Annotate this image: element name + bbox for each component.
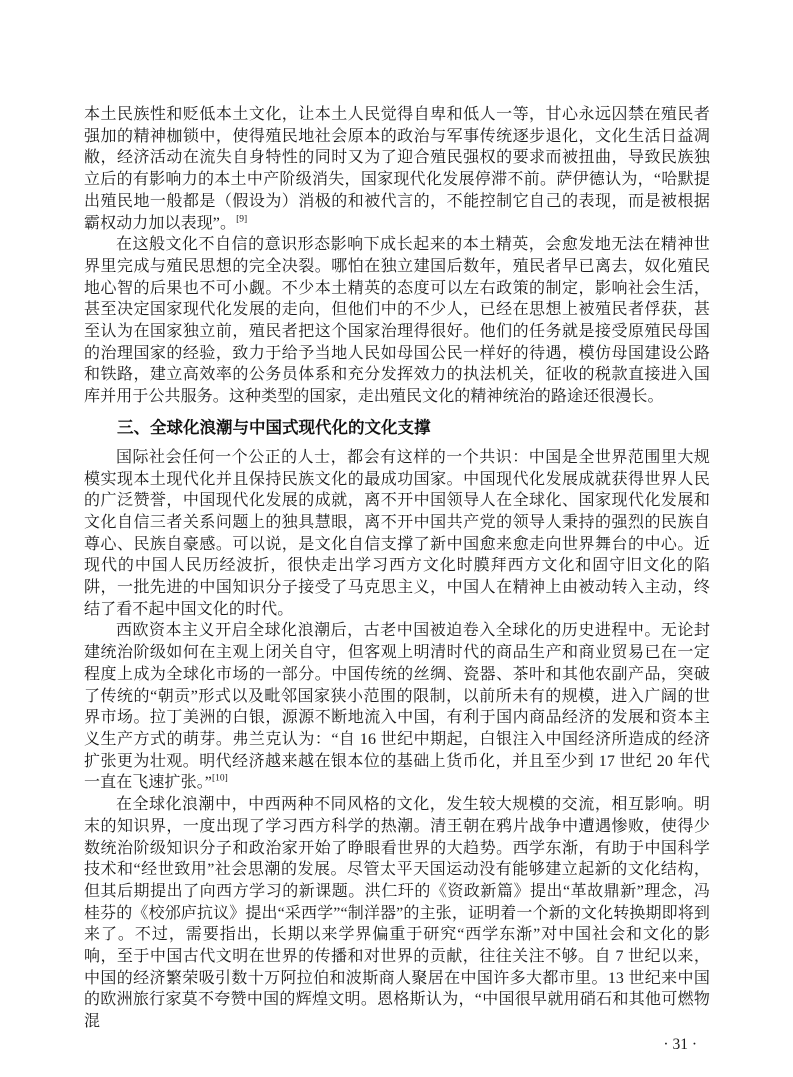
paragraph-text: 西欧资本主义开启全球化浪潮后，古老中国被迫卷入全球化的历史进程中。无论封建统治阶… xyxy=(84,622,710,791)
paragraph-text: 国际社会任何一个公正的人士，都会有这样的一个共识：中国是全世界范围里大规模实现本… xyxy=(84,449,710,618)
body-paragraph: 西欧资本主义开启全球化浪潮后，古老中国被迫卷入全球化的历史进程中。无论封建统治阶… xyxy=(84,620,710,794)
document-page: 本土民族性和贬低本土文化，让本土人民觉得自卑和低人一等，甘心永远囚禁在殖民者强加… xyxy=(0,0,793,1077)
paragraph-text: 本土民族性和贬低本土文化，让本土人民觉得自卑和低人一等，甘心永远囚禁在殖民者强加… xyxy=(84,106,710,232)
body-paragraph: 在全球化浪潮中，中西两种不同风格的文化，发生较大规模的交流，相互影响。明末的知识… xyxy=(84,794,710,1033)
body-paragraph: 在这般文化不自信的意识形态影响下成长起来的本土精英，会愈发地无法在精神世界里完成… xyxy=(84,234,710,408)
section-heading: 三、全球化浪潮与中国式现代化的文化支撑 xyxy=(84,417,710,439)
body-paragraph: 国际社会任何一个公正的人士，都会有这样的一个共识：中国是全世界范围里大规模实现本… xyxy=(84,447,710,621)
body-paragraph: 本土民族性和贬低本土文化，让本土人民觉得自卑和低人一等，甘心永远囚禁在殖民者强加… xyxy=(84,104,710,234)
footnote-ref-10: [10] xyxy=(212,774,228,784)
page-number: · 31 · xyxy=(84,1034,710,1056)
paragraph-text: 在全球化浪潮中，中西两种不同风格的文化，发生较大规模的交流，相互影响。明末的知识… xyxy=(84,796,710,1030)
footnote-ref-9: [9] xyxy=(236,214,247,224)
paragraph-text: 在这般文化不自信的意识形态影响下成长起来的本土精英，会愈发地无法在精神世界里完成… xyxy=(84,236,710,405)
